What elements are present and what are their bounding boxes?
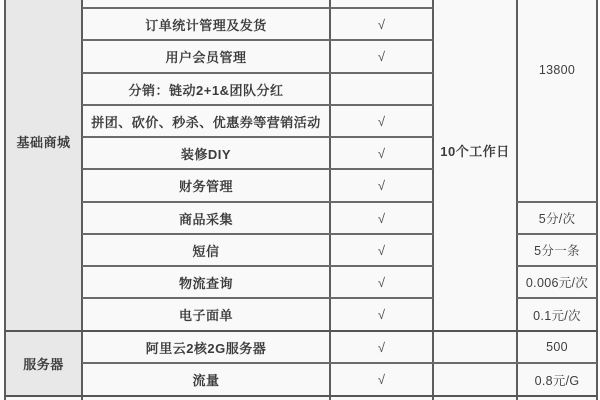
grid-line-horizontal: [517, 201, 597, 203]
grid-line-vertical: [329, 0, 331, 400]
grid-line-horizontal: [82, 233, 433, 235]
grid-line-horizontal: [5, 330, 597, 332]
category-cell-server: 服务器: [5, 353, 82, 373]
feature-cell: 用户会员管理: [82, 40, 330, 73]
price-cell: 5分一条: [517, 234, 597, 266]
grid-line-vertical: [432, 0, 434, 400]
price-cell: 0.1元/次: [517, 298, 597, 331]
feature-cell: 商品采集: [82, 202, 330, 234]
price-cell: 0.006元/次: [517, 266, 597, 298]
package-price-cell: 13800: [517, 60, 597, 80]
price-cell: 0.8元/G: [517, 363, 597, 396]
feature-cell: 电子面单: [82, 298, 330, 331]
feature-cell: 阿里云2核2G服务器: [82, 331, 330, 363]
grid-line-horizontal: [82, 39, 433, 41]
grid-line-horizontal: [82, 362, 597, 364]
grid-line-horizontal: [82, 7, 433, 9]
delivery-time-cell: 10个工作日: [433, 140, 517, 160]
grid-line-horizontal: [82, 72, 433, 74]
price-cell: 500: [517, 331, 597, 363]
grid-line-horizontal: [517, 265, 597, 267]
grid-line-vertical: [81, 0, 83, 400]
category-cell-basic-mall: 基础商城: [5, 131, 82, 151]
check-mark: √: [330, 298, 433, 331]
feature-cell: 装修DIY: [82, 137, 330, 169]
feature-cell: 流量: [82, 363, 330, 396]
grid-line-horizontal: [82, 297, 433, 299]
grid-line-horizontal: [82, 136, 433, 138]
grid-line-horizontal: [82, 168, 433, 170]
check-mark: √: [330, 169, 433, 202]
grid-line-horizontal: [517, 233, 597, 235]
feature-cell: 分销：链动2+1&团队分红: [82, 73, 330, 105]
check-mark: √: [330, 8, 433, 40]
grid-line-horizontal: [5, 395, 597, 397]
feature-cell: 拼团、砍价、秒杀、优惠券等营销活动: [82, 105, 330, 137]
category-column-background: [5, 0, 82, 396]
feature-cell: 短信: [82, 234, 330, 266]
check-mark: √: [330, 331, 433, 363]
check-mark: √: [330, 137, 433, 169]
feature-cell: 订单统计管理及发货: [82, 8, 330, 40]
price-cell: 5分/次: [517, 202, 597, 234]
pricing-table: 订单统计管理及发货√用户会员管理√分销：链动2+1&团队分红拼团、砍价、秒杀、优…: [0, 0, 600, 400]
check-mark: √: [330, 363, 433, 396]
check-mark: √: [330, 105, 433, 137]
check-mark: √: [330, 40, 433, 73]
check-mark: √: [330, 202, 433, 234]
check-mark: √: [330, 234, 433, 266]
feature-cell: 物流查询: [82, 266, 330, 298]
grid-line-horizontal: [82, 265, 433, 267]
check-mark: √: [330, 266, 433, 298]
grid-line-vertical: [4, 0, 6, 400]
grid-line-horizontal: [82, 201, 433, 203]
feature-cell: 财务管理: [82, 169, 330, 202]
grid-line-horizontal: [517, 297, 597, 299]
grid-line-horizontal: [82, 104, 433, 106]
